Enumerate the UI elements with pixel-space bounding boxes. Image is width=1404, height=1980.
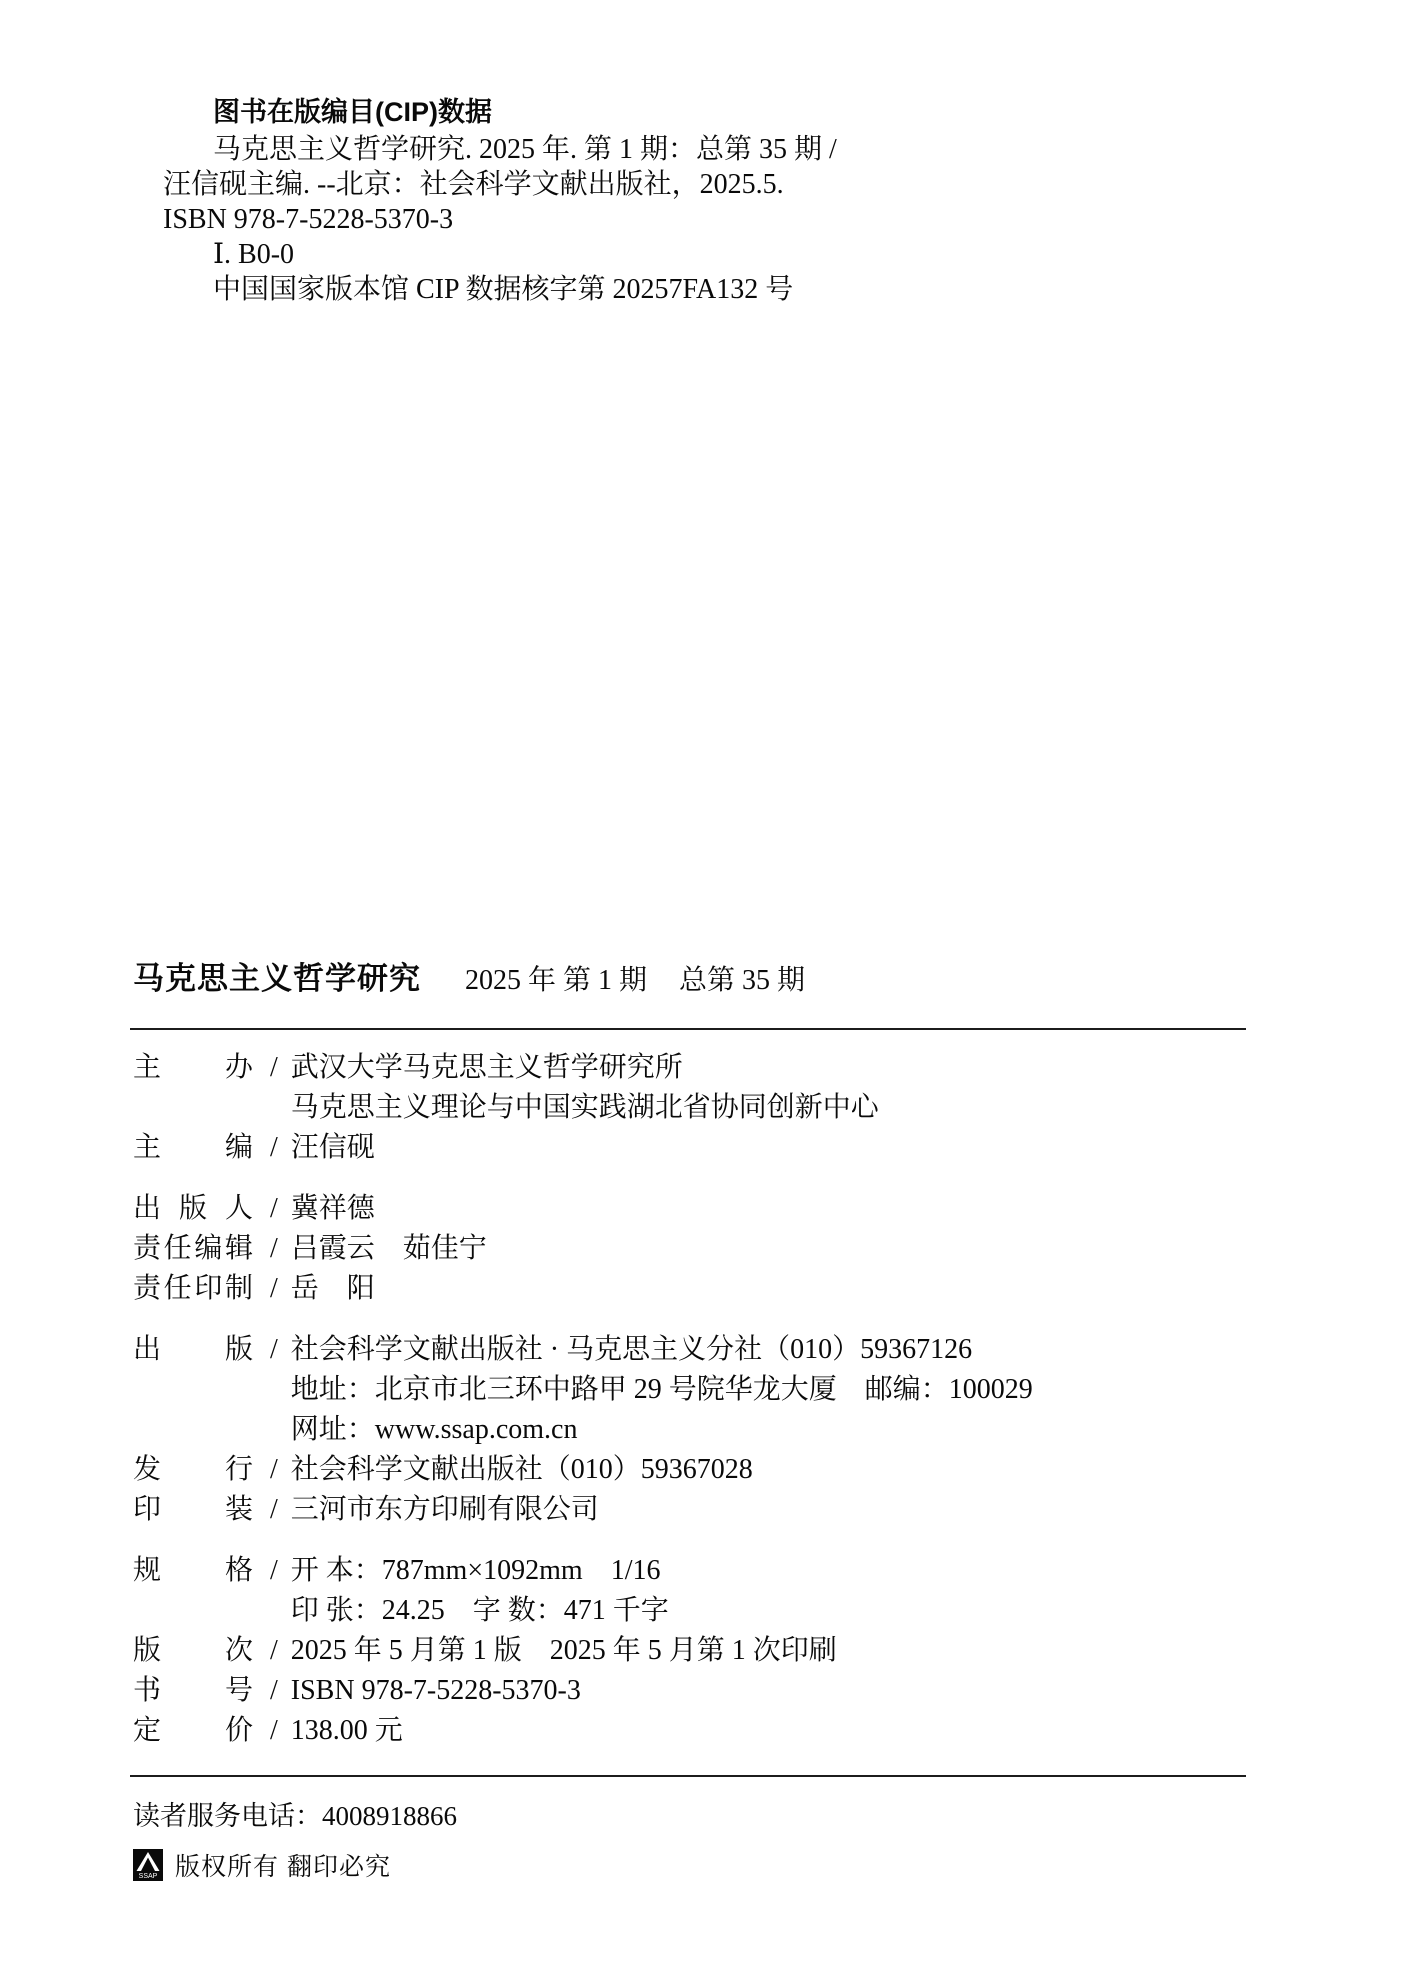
colophon-value-line: 社会科学文献出版社 · 马克思主义分社（010）59367126 [291,1330,1246,1370]
colophon-value-line: 马克思主义理论与中国实践湖北省协同创新中心 [291,1088,1246,1128]
colophon-separator: / [270,1330,278,1370]
phone-number: 4008918866 [322,1801,457,1831]
colophon-group: 规格/开 本：787mm×1092mm 1/16印 张：24.25 字 数：47… [133,1551,1246,1751]
colophon-value-line: 地址：北京市北三环中路甲 29 号院华龙大厦 邮编：100029 [291,1370,1246,1410]
colophon-separator: / [270,1048,278,1088]
colophon-separator: / [270,1631,278,1671]
colophon-separator: / [270,1189,278,1229]
cip-heading: 图书在版编目(CIP)数据 [163,96,1023,129]
lower-section: 主办/武汉大学马克思主义哲学研究所马克思主义理论与中国实践湖北省协同创新中心主编… [130,1028,1246,1883]
copyright-page: 图书在版编目(CIP)数据 马克思主义哲学研究. 2025 年. 第 1 期：总… [0,0,1404,1980]
colophon-row: 版次/2025 年 5 月第 1 版 2025 年 5 月第 1 次印刷 [133,1631,1246,1671]
colophon-label: 出版 [133,1330,253,1370]
cip-editor-line: 汪信砚主编. --北京：社会科学文献出版社，2025.5. [163,168,1023,201]
colophon-separator: / [270,1671,278,1711]
colophon-value-line: 汪信砚 [291,1128,1246,1168]
ssap-logo-icon: SSAP [133,1849,163,1881]
cip-title-line: 马克思主义哲学研究. 2025 年. 第 1 期：总第 35 期 / [163,133,1023,166]
colophon-label: 主编 [133,1128,253,1168]
colophon-row: 出版人/冀祥德 [133,1189,1246,1229]
colophon-value: 三河市东方印刷有限公司 [291,1490,1246,1530]
colophon-label: 规格 [133,1551,253,1591]
colophon-value: 开 本：787mm×1092mm 1/16印 张：24.25 字 数：471 千… [291,1551,1246,1631]
issue-number: 2025 年 第 1 期 [465,958,647,998]
colophon-value-line: 开 本：787mm×1092mm 1/16 [291,1551,1246,1591]
colophon-separator: / [270,1128,278,1168]
copyright-line: SSAP 版权所有 翻印必究 [133,1847,1246,1883]
colophon-separator: / [270,1229,278,1269]
colophon-list: 主办/武汉大学马克思主义哲学研究所马克思主义理论与中国实践湖北省协同创新中心主编… [130,1030,1246,1775]
journal-title: 马克思主义哲学研究 [133,953,421,998]
colophon-value-line: 冀祥德 [291,1189,1246,1229]
colophon-separator: / [270,1490,278,1530]
colophon-value: 吕霞云 茹佳宁 [291,1229,1246,1269]
colophon-label: 责任编辑 [133,1229,253,1269]
colophon-label: 出版人 [133,1189,253,1229]
colophon-label: 责任印制 [133,1269,253,1309]
colophon-value-line: 三河市东方印刷有限公司 [291,1490,1246,1530]
colophon-label: 发行 [133,1450,253,1490]
colophon-value: 社会科学文献出版社（010）59367028 [291,1450,1246,1490]
colophon-row: 责任编辑/吕霞云 茹佳宁 [133,1229,1246,1269]
colophon-separator: / [270,1450,278,1490]
copyright-notice: 版权所有 翻印必究 [175,1847,391,1883]
ssap-logo-text: SSAP [139,1873,158,1880]
colophon-separator: / [270,1269,278,1309]
colophon-value-line: 印 张：24.25 字 数：471 千字 [291,1591,1246,1631]
colophon-row: 印装/三河市东方印刷有限公司 [133,1490,1246,1530]
colophon-separator: / [270,1551,278,1591]
colophon-value: 社会科学文献出版社 · 马克思主义分社（010）59367126地址：北京市北三… [291,1330,1246,1450]
cip-classification-line: Ⅰ. B0-0 [163,238,1023,271]
reader-service-phone: 读者服务电话：4008918866 [133,1799,1246,1833]
colophon-value: 武汉大学马克思主义哲学研究所马克思主义理论与中国实践湖北省协同创新中心 [291,1048,1246,1128]
colophon-row: 发行/社会科学文献出版社（010）59367028 [133,1450,1246,1490]
colophon-group: 出版/社会科学文献出版社 · 马克思主义分社（010）59367126地址：北京… [133,1330,1246,1530]
colophon-value-line: 138.00 元 [291,1711,1246,1751]
colophon-value-line: 武汉大学马克思主义哲学研究所 [291,1048,1246,1088]
footer: 读者服务电话：4008918866 SSAP 版权所有 翻印必究 [130,1777,1246,1883]
colophon-label: 印装 [133,1490,253,1530]
cip-record-number-line: 中国国家版本馆 CIP 数据核字第 20257FA132 号 [163,273,1023,306]
colophon-value-line: 岳 阳 [291,1269,1246,1309]
colophon-value: 138.00 元 [291,1711,1246,1751]
colophon-row: 书号/ISBN 978-7-5228-5370-3 [133,1671,1246,1711]
colophon-value-line: 2025 年 5 月第 1 版 2025 年 5 月第 1 次印刷 [291,1631,1246,1671]
colophon-value-line: 网址：www.ssap.com.cn [291,1410,1246,1450]
colophon-row: 主办/武汉大学马克思主义哲学研究所马克思主义理论与中国实践湖北省协同创新中心 [133,1048,1246,1128]
colophon-value-line: 吕霞云 茹佳宁 [291,1229,1246,1269]
colophon-value: 汪信砚 [291,1128,1246,1168]
colophon-separator: / [270,1711,278,1751]
colophon-value: ISBN 978-7-5228-5370-3 [291,1671,1246,1711]
colophon-value-line: ISBN 978-7-5228-5370-3 [291,1671,1246,1711]
colophon-row: 定价/138.00 元 [133,1711,1246,1751]
colophon-value: 2025 年 5 月第 1 版 2025 年 5 月第 1 次印刷 [291,1631,1246,1671]
colophon-label: 定价 [133,1711,253,1751]
cip-isbn-line: ISBN 978-7-5228-5370-3 [163,203,1023,236]
masthead: 马克思主义哲学研究 2025 年 第 1 期 总第 35 期 [133,953,805,998]
colophon-value: 岳 阳 [291,1269,1246,1309]
colophon-value: 冀祥德 [291,1189,1246,1229]
colophon-group: 主办/武汉大学马克思主义哲学研究所马克思主义理论与中国实践湖北省协同创新中心主编… [133,1048,1246,1168]
volume-number: 总第 35 期 [679,958,805,998]
cip-block: 图书在版编目(CIP)数据 马克思主义哲学研究. 2025 年. 第 1 期：总… [163,96,1023,308]
colophon-label: 主办 [133,1048,253,1088]
colophon-label: 书号 [133,1671,253,1711]
colophon-row: 规格/开 本：787mm×1092mm 1/16印 张：24.25 字 数：47… [133,1551,1246,1631]
colophon-value-line: 社会科学文献出版社（010）59367028 [291,1450,1246,1490]
phone-label: 读者服务电话： [133,1801,322,1831]
colophon-group: 出版人/冀祥德责任编辑/吕霞云 茹佳宁责任印制/岳 阳 [133,1189,1246,1309]
colophon-row: 主编/汪信砚 [133,1128,1246,1168]
colophon-row: 责任印制/岳 阳 [133,1269,1246,1309]
colophon-row: 出版/社会科学文献出版社 · 马克思主义分社（010）59367126地址：北京… [133,1330,1246,1450]
colophon-label: 版次 [133,1631,253,1671]
